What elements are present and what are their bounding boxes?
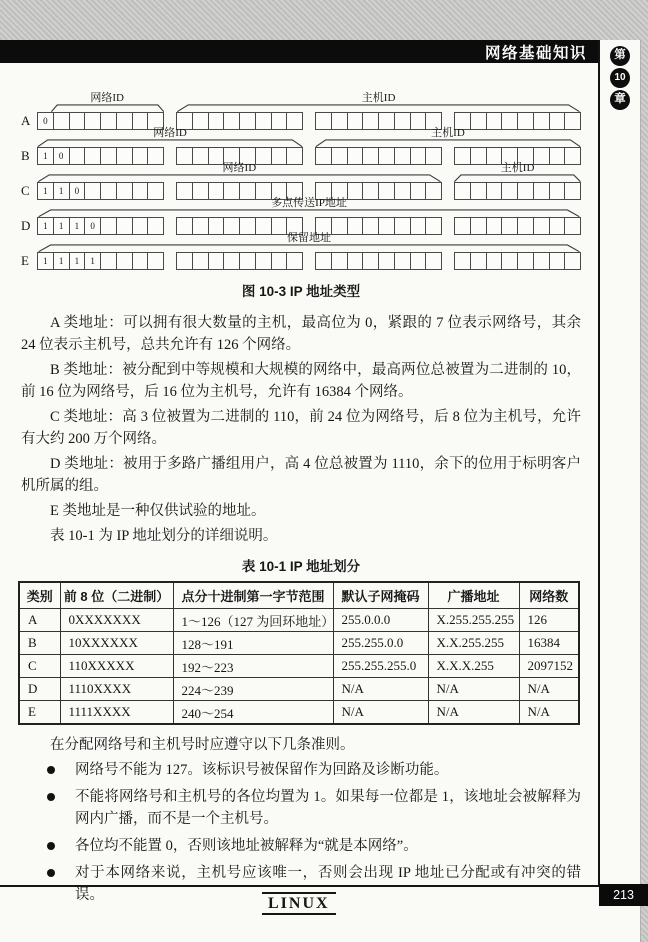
bit-cell — [549, 182, 566, 200]
bit-cell — [116, 217, 133, 235]
brace-label: 网络ID — [153, 127, 187, 139]
bit-cell — [564, 252, 581, 270]
paragraph-class-e: E 类地址是一种仅供试验的地址。 — [21, 500, 581, 522]
class-letter: D — [21, 217, 37, 235]
table-cell: C — [19, 655, 60, 678]
rule-text: 各位均不能置 0，否则该地址被解释为“就是本网络”。 — [75, 838, 418, 854]
bit-cell — [533, 252, 550, 270]
bit-cell — [84, 112, 101, 130]
bit-cell: 1 — [53, 252, 70, 270]
bit-cell — [315, 112, 332, 130]
bit-cell — [347, 147, 364, 165]
bit-cell — [132, 182, 149, 200]
brace: 主机ID — [454, 174, 581, 182]
bit-cell — [454, 182, 471, 200]
bit-cell — [486, 182, 503, 200]
table-cell: 110XXXXX — [60, 655, 173, 678]
table-row: B 10XXXXXX 128～191 255.255.0.0 X.X.255.2… — [19, 632, 579, 655]
bit-cell — [116, 112, 133, 130]
bit-cell — [533, 112, 550, 130]
rules-list: 网络号不能为 127。该标识号被保留作为回路及诊断功能。 不能将网络号和主机号的… — [21, 759, 581, 906]
table-cell: B — [19, 632, 60, 655]
bit-cell — [116, 252, 133, 270]
page-number-badge: 213 — [599, 884, 648, 906]
brace-layer: 多点传送IP地址 — [37, 200, 581, 217]
bit-cell — [331, 252, 348, 270]
bit-cell — [517, 252, 534, 270]
bit-cell: 1 — [37, 182, 54, 200]
class-letter: E — [21, 252, 37, 270]
bit-cell — [362, 182, 379, 200]
bit-cell — [271, 252, 288, 270]
figure-row-class-c: C 网络ID 主机ID 110 — [21, 165, 581, 200]
paragraph-class-b: B 类地址：被分配到中等规模和大规模的网络中，最高两位总被置为二进制的 10，前… — [21, 359, 581, 403]
bit-cell — [100, 112, 117, 130]
bit-cell — [147, 252, 164, 270]
class-letter: A — [21, 112, 37, 130]
class-letter: C — [21, 182, 37, 200]
bit-cell — [286, 252, 303, 270]
table-cell: A — [19, 609, 60, 632]
list-item: 网络号不能为 127。该标识号被保留作为回路及诊断功能。 — [21, 759, 581, 781]
bit-cell: 0 — [53, 147, 70, 165]
table-cell: X.X.X.255 — [428, 655, 519, 678]
table-header-cell: 前 8 位（二进制） — [60, 582, 173, 609]
bit-cell — [331, 112, 348, 130]
bit-cell — [271, 147, 288, 165]
table-cell: 1～126（127 为回环地址） — [173, 609, 333, 632]
bit-cell — [362, 252, 379, 270]
bit-cell — [132, 147, 149, 165]
table-cell: D — [19, 678, 60, 701]
bit-cell — [255, 112, 272, 130]
bit-cell — [100, 217, 117, 235]
table-cell: 10XXXXXX — [60, 632, 173, 655]
bit-cell — [116, 147, 133, 165]
bit-cell — [69, 112, 86, 130]
bit-cell — [378, 147, 395, 165]
table-cell: 128～191 — [173, 632, 333, 655]
table-row: C 110XXXXX 192～223 255.255.255.0 X.X.X.2… — [19, 655, 579, 678]
bit-cell — [223, 112, 240, 130]
bit-cell — [470, 147, 487, 165]
brace: 多点传送IP地址 — [37, 209, 581, 217]
chapter-tab-circle: 10 — [610, 68, 630, 88]
bit-cell — [147, 217, 164, 235]
bit-cell: 1 — [37, 217, 54, 235]
bit-cell — [425, 147, 442, 165]
bit-cell — [410, 217, 427, 235]
bit-cell — [501, 112, 518, 130]
bit-octets: 0 — [37, 112, 581, 130]
bit-cell — [549, 112, 566, 130]
page-content: A 网络ID 主机ID 0 — [0, 63, 599, 911]
figure-caption: 图 10-3 IP 地址类型 — [21, 280, 581, 300]
brace-layer: 网络ID 主机ID — [37, 130, 581, 147]
bit-cell — [331, 217, 348, 235]
bit-cell — [192, 182, 209, 200]
bit-cell — [425, 252, 442, 270]
bit-cell — [315, 147, 332, 165]
bit-cell — [425, 217, 442, 235]
figure-row-class-a: A 网络ID 主机ID 0 — [21, 95, 581, 130]
table-title: 表 10-1 IP 地址划分 — [21, 555, 581, 575]
bit-cell — [331, 147, 348, 165]
bit-cell — [378, 252, 395, 270]
bit-cell — [410, 112, 427, 130]
bit-cell — [239, 252, 256, 270]
bit-cell — [84, 182, 101, 200]
bit-cell — [208, 252, 225, 270]
list-item: 各位均不能置 0，否则该地址被解释为“就是本网络”。 — [21, 835, 581, 857]
bit-cell — [564, 147, 581, 165]
table-cell: 192～223 — [173, 655, 333, 678]
chapter-tab-circle: 第 — [610, 46, 630, 66]
bit-cell — [362, 112, 379, 130]
bit-cell — [84, 147, 101, 165]
table-cell: N/A — [428, 701, 519, 725]
bit-cell — [132, 217, 149, 235]
bit-cell — [192, 147, 209, 165]
bit-cell — [176, 147, 193, 165]
bit-cell — [347, 182, 364, 200]
table-row: E 1111XXXX 240～254 N/A N/A N/A — [19, 701, 579, 725]
bit-cell — [255, 147, 272, 165]
bit-cell — [132, 112, 149, 130]
brace-label: 主机ID — [362, 92, 396, 104]
paragraph-class-a: A 类地址：可以拥有很大数量的主机，最高位为 0，紧跟的 7 位表示网络号，其余… — [21, 312, 581, 356]
bit-cell — [486, 147, 503, 165]
bit-cell — [347, 217, 364, 235]
bit-cell — [147, 147, 164, 165]
bit-cell — [410, 182, 427, 200]
bit-cell — [286, 147, 303, 165]
table-cell: 16384 — [519, 632, 579, 655]
bit-cell — [470, 182, 487, 200]
bit-cell — [192, 112, 209, 130]
brace-layer: 网络ID 主机ID — [37, 165, 581, 182]
bit-cell — [239, 217, 256, 235]
bit-cell — [176, 252, 193, 270]
table-cell: E — [19, 701, 60, 725]
bit-cell — [223, 217, 240, 235]
brace-label: 保留地址 — [287, 232, 331, 244]
table-cell: 0XXXXXXX — [60, 609, 173, 632]
brace: 网络ID — [37, 139, 303, 147]
table-header-cell: 类别 — [19, 582, 60, 609]
bit-cell — [517, 182, 534, 200]
bit-cell — [223, 182, 240, 200]
table-cell: 224～239 — [173, 678, 333, 701]
table-cell: X.X.255.255 — [428, 632, 519, 655]
bit-cell — [533, 217, 550, 235]
ip-division-table: 类别 前 8 位（二进制） 点分十进制第一字节范围 默认子网掩码 广播地址 网络… — [18, 581, 580, 725]
brace: 主机ID — [315, 139, 581, 147]
bit-cell — [501, 217, 518, 235]
rules-intro: 在分配网络号和主机号时应遵守以下几条准则。 — [21, 734, 581, 756]
bit-cell — [517, 112, 534, 130]
page-header-bar: 网络基础知识 — [0, 40, 599, 63]
bit-cell — [454, 217, 471, 235]
bit-cell: 0 — [37, 112, 54, 130]
table-cell: N/A — [333, 678, 428, 701]
bit-cell — [549, 147, 566, 165]
bit-cell — [132, 252, 149, 270]
bit-cell — [362, 147, 379, 165]
figure-row-class-b: B 网络ID 主机ID 10 — [21, 130, 581, 165]
header-title: 网络基础知识 — [485, 41, 587, 63]
class-letter: B — [21, 147, 37, 165]
bit-cell — [394, 217, 411, 235]
bit-cell — [549, 252, 566, 270]
bit-cell: 0 — [84, 217, 101, 235]
brace-label: 主机ID — [431, 127, 465, 139]
bit-cell — [564, 217, 581, 235]
brace-label: 网络ID — [223, 162, 257, 174]
table-cell: 1110XXXX — [60, 678, 173, 701]
brace: 网络ID — [51, 104, 164, 112]
bit-cell — [454, 147, 471, 165]
bit-cell — [271, 217, 288, 235]
footer-rule — [0, 885, 599, 887]
paragraph-table-ref: 表 10-1 为 IP 地址划分的详细说明。 — [21, 525, 581, 547]
bit-cell — [208, 112, 225, 130]
brace: 主机ID — [176, 104, 581, 112]
bit-cell — [147, 182, 164, 200]
bit-cell — [549, 217, 566, 235]
table-header-cell: 广播地址 — [428, 582, 519, 609]
bullet-icon — [47, 793, 55, 801]
bit-cell — [362, 217, 379, 235]
bit-cell — [53, 112, 70, 130]
bit-cell — [410, 147, 427, 165]
rule-text: 网络号不能为 127。该标识号被保留作为回路及诊断功能。 — [75, 762, 448, 778]
brace-label: 多点传送IP地址 — [271, 197, 347, 209]
bit-cell — [378, 217, 395, 235]
chapter-tab-circle: 章 — [610, 90, 630, 110]
bit-cell — [286, 112, 303, 130]
bit-cell — [454, 252, 471, 270]
bit-cell — [564, 182, 581, 200]
bit-cell — [116, 182, 133, 200]
bit-cell: 1 — [53, 182, 70, 200]
table-cell: 255.255.0.0 — [333, 632, 428, 655]
rule-text: 不能将网络号和主机号的各位均置为 1。如果每一位都是 1，该地址会被解释为网内广… — [75, 789, 581, 827]
bit-cell — [208, 182, 225, 200]
brace: 网络ID — [37, 174, 442, 182]
table-header-row: 类别 前 8 位（二进制） 点分十进制第一字节范围 默认子网掩码 广播地址 网络… — [19, 582, 579, 609]
bullet-icon — [47, 869, 55, 877]
bit-cell — [271, 112, 288, 130]
bit-cell: 1 — [53, 217, 70, 235]
figure-row-class-e: E 保留地址 1111 — [21, 235, 581, 270]
bit-cell — [208, 217, 225, 235]
brace-label: 主机ID — [501, 162, 535, 174]
bit-octets: 10 — [37, 147, 581, 165]
bit-cell — [470, 252, 487, 270]
bit-cell — [501, 182, 518, 200]
bit-cell — [470, 112, 487, 130]
bullet-icon — [47, 766, 55, 774]
bit-cell: 0 — [69, 182, 86, 200]
brace-label: 网络ID — [90, 92, 124, 104]
brace-layer: 保留地址 — [37, 235, 581, 252]
bit-cell — [378, 112, 395, 130]
table-cell: N/A — [333, 701, 428, 725]
table-cell: N/A — [519, 678, 579, 701]
chapter-tab: 第 10 章 — [601, 46, 639, 110]
paragraph-class-d: D 类地址：被用于多路广播组用户，高 4 位总被置为 1110，余下的位用于标明… — [21, 453, 581, 497]
bit-cell — [470, 217, 487, 235]
bit-cell — [192, 217, 209, 235]
bit-octets: 1111 — [37, 252, 581, 270]
linux-series-logo: LINUX — [262, 892, 336, 915]
ip-address-classes-figure: A 网络ID 主机ID 0 — [21, 95, 581, 300]
table-cell: 2097152 — [519, 655, 579, 678]
bit-cell — [100, 147, 117, 165]
bullet-icon — [47, 842, 55, 850]
bit-cell: 1 — [37, 252, 54, 270]
bit-cell — [255, 252, 272, 270]
bit-cell — [239, 182, 256, 200]
bit-cell — [69, 147, 86, 165]
bit-cell — [533, 182, 550, 200]
bit-cell — [394, 147, 411, 165]
bit-cell — [176, 182, 193, 200]
bit-cell — [486, 252, 503, 270]
paragraph-class-c: C 类地址：高 3 位被置为二进制的 110，前 24 位为网络号，后 8 位为… — [21, 406, 581, 450]
table-cell: N/A — [428, 678, 519, 701]
bit-cell — [517, 217, 534, 235]
table-cell: 255.255.255.0 — [333, 655, 428, 678]
table-header-cell: 网络数 — [519, 582, 579, 609]
brace-layer: 网络ID 主机ID — [37, 95, 581, 112]
bit-cell — [394, 112, 411, 130]
table-header-cell: 默认子网掩码 — [333, 582, 428, 609]
bit-cell — [347, 112, 364, 130]
bit-cell — [486, 217, 503, 235]
table-cell: 1111XXXX — [60, 701, 173, 725]
bit-cell — [255, 182, 272, 200]
table-row: D 1110XXXX 224～239 N/A N/A N/A — [19, 678, 579, 701]
bit-cell — [486, 112, 503, 130]
bit-cell — [501, 252, 518, 270]
bit-cell: 1 — [37, 147, 54, 165]
bit-cell — [315, 252, 332, 270]
brace: 保留地址 — [37, 244, 581, 252]
bit-cell — [394, 182, 411, 200]
bit-cell: 1 — [69, 217, 86, 235]
table-cell: 240～254 — [173, 701, 333, 725]
bit-cell — [347, 252, 364, 270]
table-cell: X.255.255.255 — [428, 609, 519, 632]
bit-cell — [533, 147, 550, 165]
bit-cell — [378, 182, 395, 200]
table-header-cell: 点分十进制第一字节范围 — [173, 582, 333, 609]
bit-cell: 1 — [84, 252, 101, 270]
table-cell: 126 — [519, 609, 579, 632]
bit-cell — [394, 252, 411, 270]
bit-cell: 1 — [69, 252, 86, 270]
bit-cell — [100, 182, 117, 200]
table-cell: 255.0.0.0 — [333, 609, 428, 632]
table-cell: N/A — [519, 701, 579, 725]
bit-cell — [425, 182, 442, 200]
bit-cell — [192, 252, 209, 270]
bit-cell — [410, 252, 427, 270]
table-row: A 0XXXXXXX 1～126（127 为回环地址） 255.0.0.0 X.… — [19, 609, 579, 632]
bit-cell — [564, 112, 581, 130]
figure-row-class-d: D 多点传送IP地址 1110 — [21, 200, 581, 235]
bit-cell — [176, 217, 193, 235]
bit-cell — [255, 217, 272, 235]
bit-cell — [100, 252, 117, 270]
list-item: 不能将网络号和主机号的各位均置为 1。如果每一位都是 1，该地址会被解释为网内广… — [21, 786, 581, 830]
bit-cell — [239, 112, 256, 130]
bit-cell — [223, 252, 240, 270]
